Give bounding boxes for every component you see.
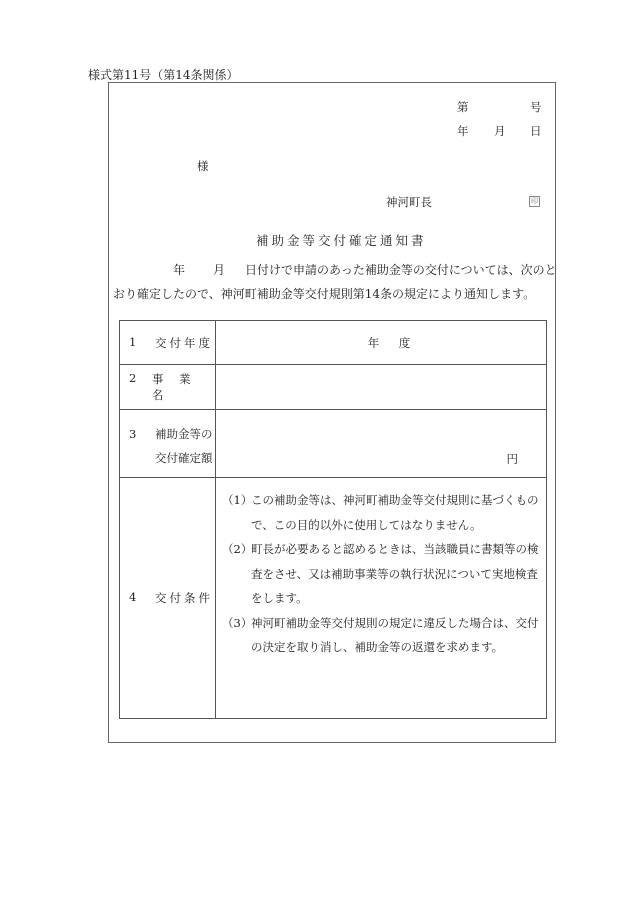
row-number: 1 xyxy=(129,335,155,351)
number-suffix: 号 xyxy=(530,99,542,115)
conditions-cell: （1）この補助金等は、神河町補助金等交付規則に基づくもので、この目的以外に使用し… xyxy=(216,478,547,719)
currency-unit: 円 xyxy=(507,452,519,466)
row-number: 2 xyxy=(129,371,152,403)
details-table: 1交付年度 年 度 2事 業 名 3補助金等の交付確定額 円 4交付条件 （1）… xyxy=(119,320,547,719)
intro-rest: 日付けで申請のあった補助金等の交付については、次のと xyxy=(245,263,557,277)
row-label: 交付条件 xyxy=(155,590,213,606)
fiscal-year-field[interactable]: 年 度 xyxy=(216,321,547,365)
table-row-conditions: 4交付条件 （1）この補助金等は、神河町補助金等交付規則に基づくもので、この目的… xyxy=(120,478,547,719)
form-id: 様式第11号（第14条関係） xyxy=(88,66,239,83)
confirmed-amount-field[interactable]: 円 xyxy=(216,410,547,478)
seal-icon: 印 xyxy=(529,196,540,207)
fiscal-year-unit: 年 度 xyxy=(368,336,415,350)
intro-line-2: おり確定したので、神河町補助金等交付規則第14条の規定により通知します。 xyxy=(113,282,535,306)
condition-item: （3）神河町補助金等交付規則の規定に違反した場合は、交付の決定を取り消し、補助金… xyxy=(222,611,540,660)
condition-item: （2）町長が必要あると認めるときは、当該職員に書類等の検査をさせ、又は補助事業等… xyxy=(222,537,540,611)
row-number: 4 xyxy=(129,590,155,606)
row-label: 事 業 名 xyxy=(152,371,215,403)
row-number: 3 xyxy=(129,422,155,470)
date-year: 年 xyxy=(457,123,469,139)
project-name-field[interactable] xyxy=(216,365,547,410)
row-label: 交付年度 xyxy=(155,335,213,351)
row-label-line2: 交付確定額 xyxy=(155,451,213,465)
condition-item: （1）この補助金等は、神河町補助金等交付規則に基づくもので、この目的以外に使用し… xyxy=(222,488,540,537)
table-row-project: 2事 業 名 xyxy=(120,365,547,410)
conditions-list: （1）この補助金等は、神河町補助金等交付規則に基づくもので、この目的以外に使用し… xyxy=(216,478,546,660)
table-row-year: 1交付年度 年 度 xyxy=(120,321,547,365)
table-row-amount: 3補助金等の交付確定額 円 xyxy=(120,410,547,478)
number-prefix: 第 xyxy=(457,99,469,115)
document-title: 補助金等交付確定通知書 xyxy=(256,231,427,249)
row-label-line1: 補助金等の xyxy=(155,427,213,441)
date-month: 月 xyxy=(494,123,506,139)
intro-month: 月 xyxy=(213,263,225,277)
date-day: 日 xyxy=(530,123,542,139)
intro-year: 年 xyxy=(173,263,185,277)
addressee-suffix: 様 xyxy=(197,158,209,174)
intro-line-1: 年月日付けで申請のあった補助金等の交付については、次のと xyxy=(173,258,557,282)
issuer: 神河町長 xyxy=(386,194,432,210)
